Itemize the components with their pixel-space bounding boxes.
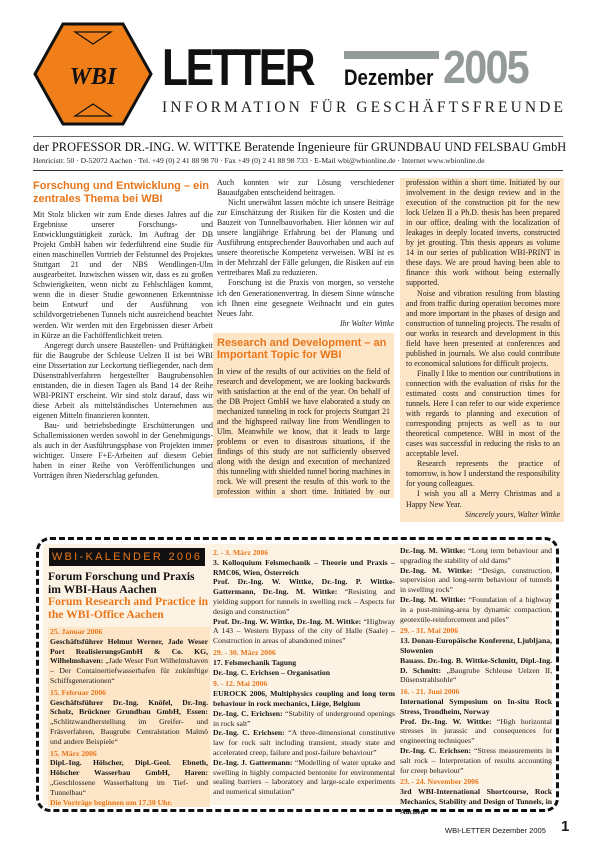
forum-title-de: Forum Forschung und Praxis im WBI-Haus A… [48,571,210,596]
event-date: 29. - 31. Mai 2006 [400,626,552,636]
event-entry: Dipl.-Ing. Hölscher, Dipl.-Geol. Ebneth,… [50,758,208,797]
calendar-events-column-2: Dr.-Ing. M. Wittke: “Long term behaviour… [400,546,552,817]
forum-title-en: Forum Research and Practice in the WBI-O… [48,596,210,621]
event-talk: Dr.-Ing. J. Gattermann: “Modelling of wa… [213,758,395,797]
paragraph: Auch konnten wir zur Lösung verschiedene… [217,178,394,198]
paragraph: Bau- und betriebsbedingte Erschütterunge… [33,421,213,481]
divider [33,170,563,171]
event-title: 3. Kolloquium Felsmechanik – Theorie und… [213,558,395,578]
article-english-start: Research and Development – an Important … [213,333,394,498]
contact-address: Henricistr. 50 · D-52072 Aachen · Tel. +… [33,156,485,165]
article-heading-de: Forschung und Entwicklung – ein zentrale… [33,180,213,205]
event-title: 3rd WBI-International Shortcourse, Rock … [400,787,552,816]
event-date: 16. - 21. Juni 2006 [400,687,552,697]
event-title: 13. Donau-Europäische Konferenz, Ljublja… [400,636,552,656]
footer-label: WBI-LETTER Dezember 2005 [445,826,546,835]
event-date: 15. März 2006 [50,749,208,759]
wbi-logo: WBI [33,22,153,126]
issue-month: Dezember [344,65,433,91]
event-date: 15. Februar 2006 [50,688,208,698]
calendar-forum-column: Forum Forschung und Praxis im WBI-Haus A… [48,571,210,807]
event-talk: Dr.-Ing. M. Wittke: “Long term behaviour… [400,546,552,566]
hexagon-logo-icon: WBI [33,22,153,126]
event-title: EUROCK 2006, Multiphysics coupling and l… [213,689,395,709]
event-date: 9. - 12. Mai 2006 [213,679,395,689]
issue-year: 2005 [443,44,528,90]
signature-de: Ihr Walter Wittke [217,319,394,329]
paragraph: I wish you all a Merry Christmas and a H… [406,489,560,509]
calendar-badge: WBI-KALENDER 2006 [49,548,205,566]
article-german-col1: Forschung und Entwicklung – ein zentrale… [33,178,213,481]
paragraph: In view of the results of our activities… [217,367,390,495]
newsletter-subtitle: INFORMATION FÜR GESCHÄFTSFREUNDE [162,99,566,117]
article-english-col3: profession within a short time. Initiate… [400,178,564,522]
paragraph: Mit Stolz blicken wir zum Ende dieses Ja… [33,210,213,341]
event-talk: Dr.-Ing. C. Erichsen: “Stress measuremen… [400,746,552,775]
event-title: International Symposium on In-situ Rock … [400,697,552,717]
event-date: 29. - 30. März 2006 [213,648,395,658]
event-talk: Prof. Dr.-Ing. W. Wittke, Dr.-Ing. P. Wi… [213,577,395,616]
forum-start-time-notice: Die Vorträge beginnen um 17.30 Uhr. [50,798,208,808]
paragraph: Noise and vibration resulting from blast… [406,289,560,369]
forum-list: 25. Januar 2006 Geschäftsführer Helmut W… [48,627,210,807]
event-talk: Dr.-Ing. C. Erichsen: “A three-dimension… [213,728,395,757]
page-number: 1 [561,818,569,835]
paragraph: Forschung ist die Praxis von morgen, so … [217,278,394,318]
paragraph: Research represents the practice of tomo… [406,459,560,489]
event-talk: Dr.-Ing. C. Erichsen – Organisation [213,668,395,678]
event-date: 2. - 3. März 2006 [213,548,395,558]
divider [33,136,563,137]
event-entry: Geschäftsführer Dr.-Ing. Knöfel, Dr.-Ing… [50,698,208,747]
event-date: 25. Januar 2006 [50,627,208,637]
article-col2: Auch konnten wir zur Lösung verschiedene… [213,178,394,498]
event-talk: Prof. Dr.-Ing. W. Wittke: “High horizont… [400,717,552,746]
event-date: 23. - 24. November 2006 [400,777,552,787]
paragraph: Angeregt durch unsere Baustellen- und Pr… [33,341,213,421]
paragraph: Finally I like to mention our contributi… [406,369,560,459]
title-bar-decoration [344,51,439,59]
paragraph: profession within a short time. Initiate… [406,178,560,289]
paragraph: Nicht unerwähnt lassen möchte ich unsere… [217,198,394,278]
signature-en: Sincerely yours, Walter Wittke [406,510,560,520]
calendar-events-column-1: 2. - 3. März 2006 3. Kolloquium Felsmech… [213,546,395,797]
article-heading-en: Research and Development – an Important … [217,337,390,362]
event-talk: Bauass. Dr.-Ing. B. Wittke-Schmitt, Dipl… [400,656,552,685]
event-talk: Prof. Dr.-Ing. W. Wittke, Dr.-Ing. M. Wi… [213,617,395,646]
event-title: 17. Felsmechanik Tagung [213,658,395,668]
event-talk: Dr.-Ing. M. Wittke: “Foundation of a hig… [400,595,552,624]
svg-text:WBI: WBI [70,64,118,90]
event-entry: Geschäftsführer Helmut Werner, Jade Wese… [50,637,208,686]
event-talk: Dr.-Ing. M. Wittke: “Design, constructio… [400,566,552,595]
newsletter-title: LETTER [162,42,313,94]
company-name: der PROFESSOR DR.-ING. W. WITTKE Beraten… [33,140,566,155]
event-talk: Dr.-Ing. C. Erichsen: “Stability of unde… [213,709,395,729]
